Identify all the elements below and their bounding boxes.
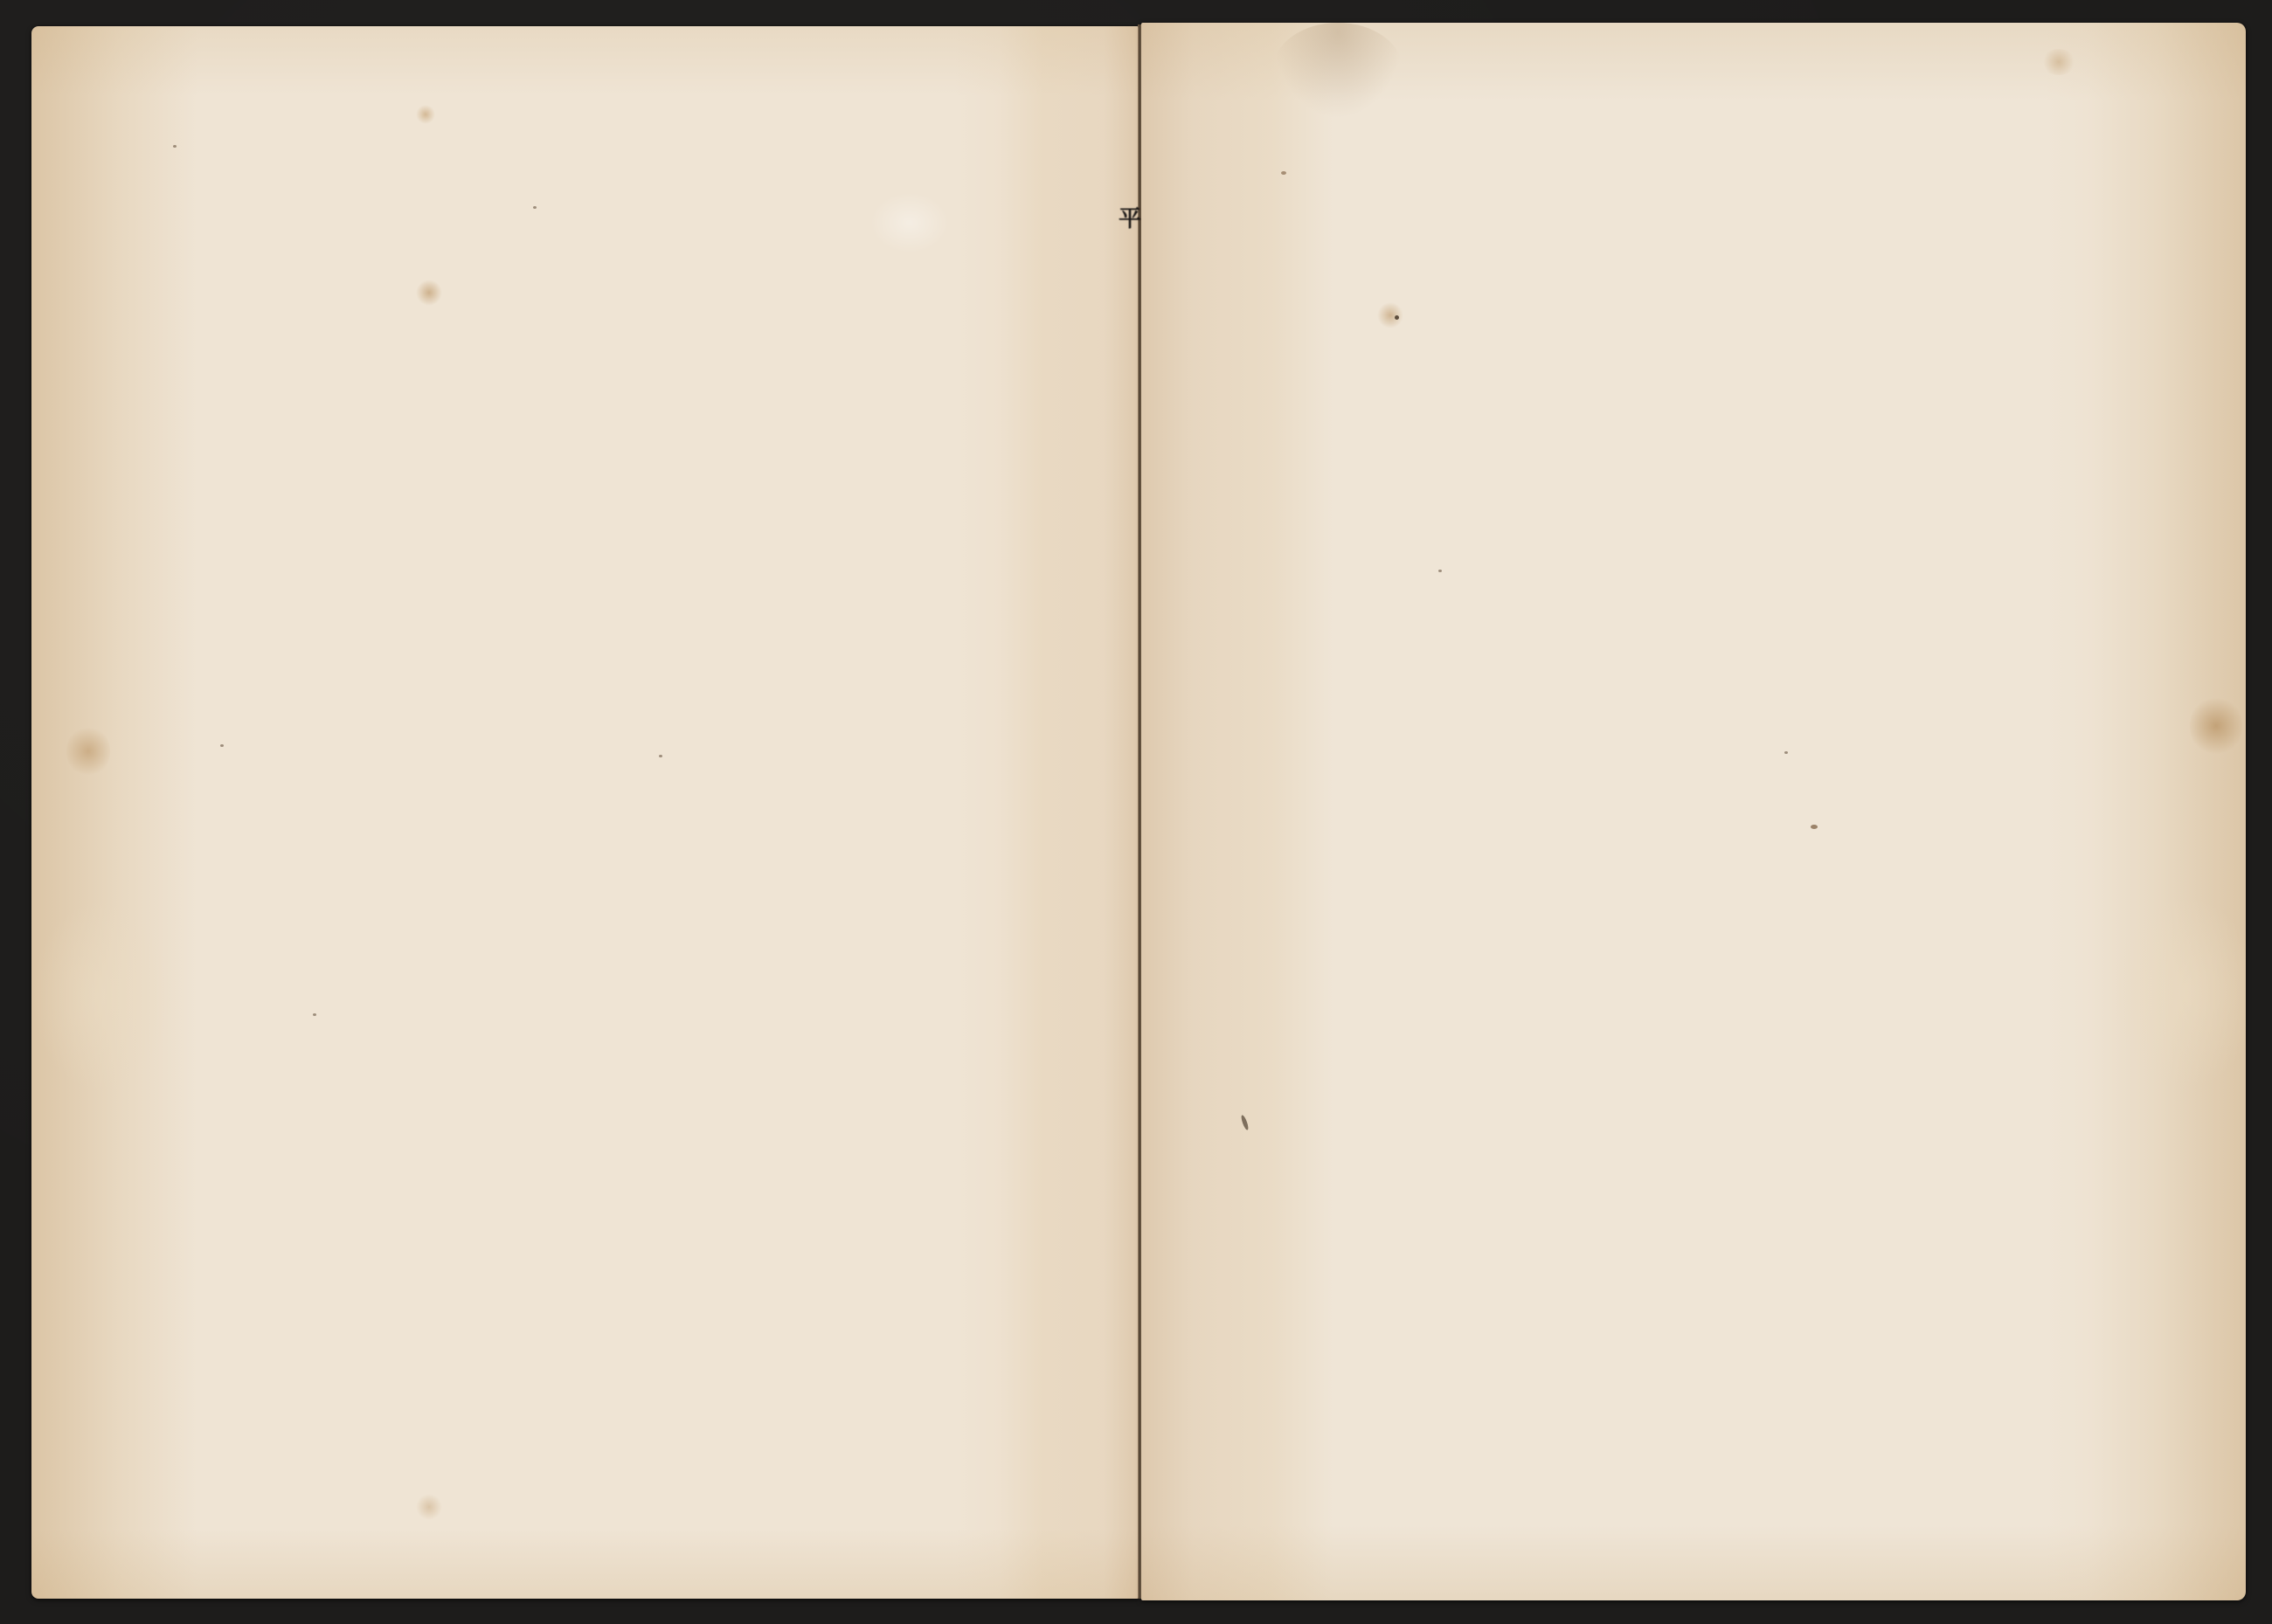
speck [1784, 751, 1788, 754]
foxing-spot [2111, 896, 2246, 1088]
speck [533, 206, 537, 209]
worn-edge [1272, 23, 1403, 119]
speck [1281, 171, 1286, 175]
foxing-spot [416, 1494, 442, 1520]
speck [220, 744, 224, 747]
foxing-spot [1377, 302, 1403, 328]
foxing-spot [66, 725, 110, 777]
foxing-spot [416, 105, 435, 124]
right-page [1141, 23, 2246, 1600]
crease-mark [1240, 1115, 1250, 1131]
dark-background: 平 [0, 0, 2272, 1624]
speck [1395, 315, 1399, 320]
left-page [31, 26, 1139, 1599]
foxing-spot [870, 192, 949, 253]
speck [659, 755, 662, 757]
foxing-spot [2041, 49, 2076, 75]
ink-blot: 平 [1119, 208, 1138, 231]
foxing-spot [2190, 695, 2242, 757]
foxing-spot [416, 280, 442, 306]
spine-fold [1138, 24, 1141, 1599]
speck [1811, 825, 1818, 829]
speck [313, 1013, 316, 1016]
speck [1438, 570, 1442, 572]
foxing-spot [31, 900, 171, 1092]
speck [173, 145, 177, 148]
